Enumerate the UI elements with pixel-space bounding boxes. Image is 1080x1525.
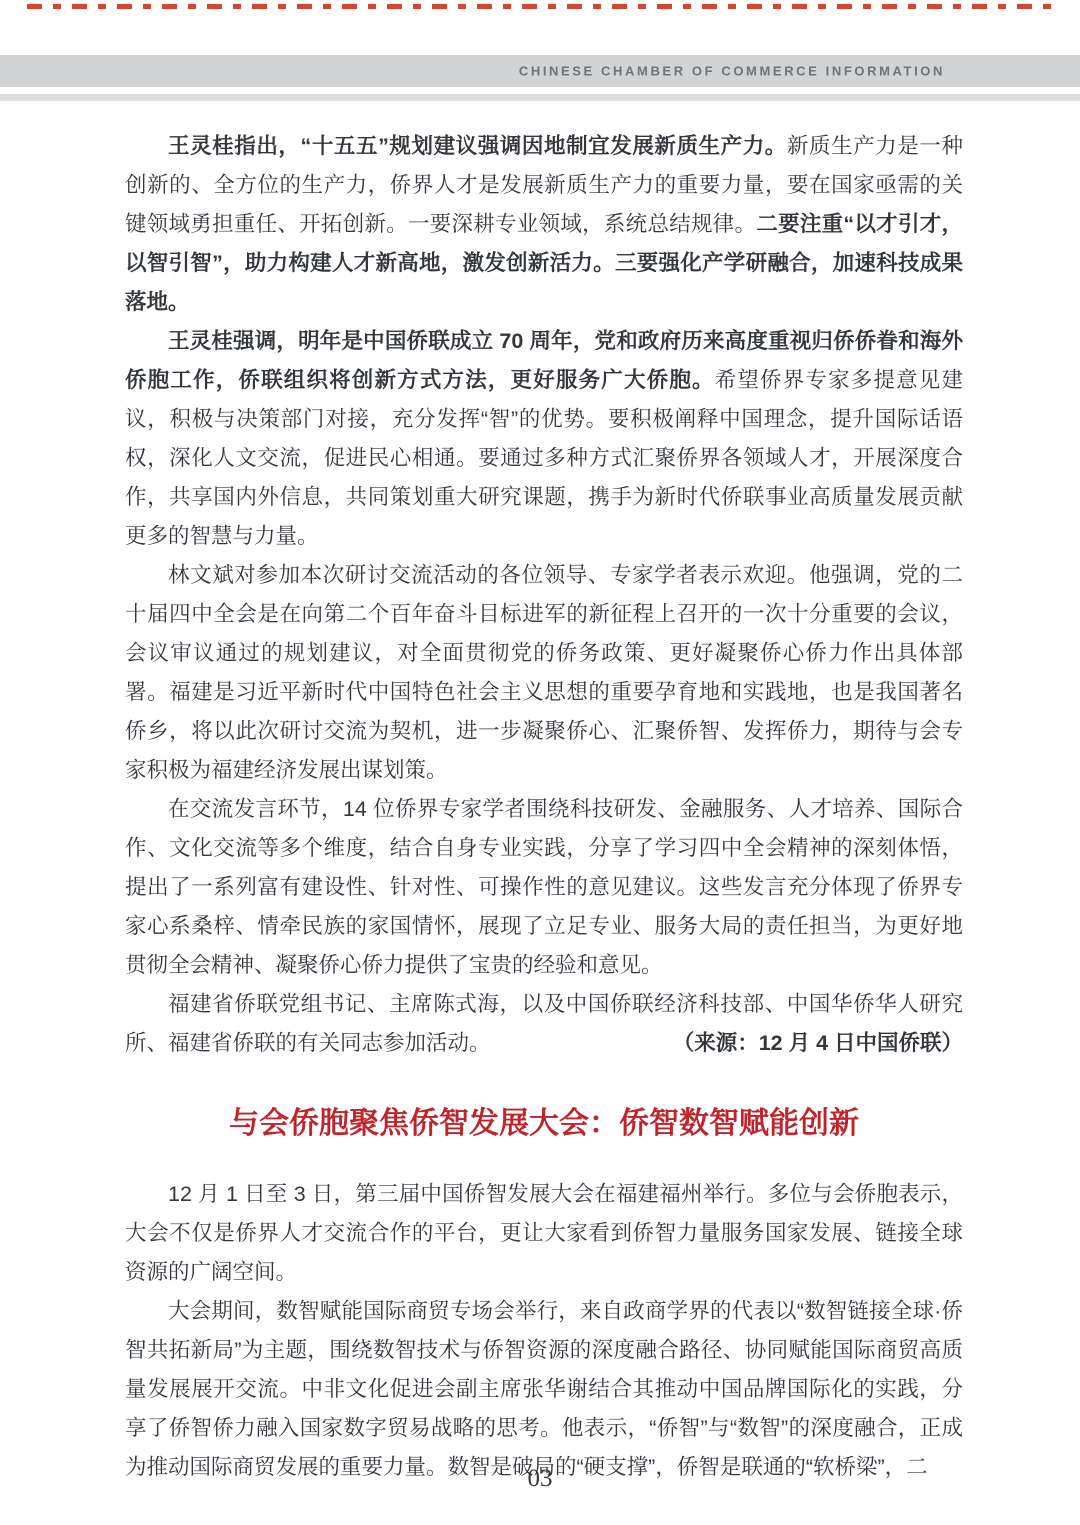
top-red-dashes-decoration bbox=[27, 4, 1053, 9]
page-number: 03 bbox=[0, 1465, 1080, 1493]
article-content: 王灵桂指出，“十五五”规划建议强调因地制宜发展新质生产力。新质生产力是一种创新的… bbox=[125, 127, 963, 1487]
text-run: 12 月 1 日至 3 日，第三届中国侨智发展大会在福建福州举行。多位与会侨胞表… bbox=[125, 1182, 963, 1284]
text-run: 林文斌对参加本次研讨交流活动的各位领导、专家学者表示欢迎。他强调，党的二十届四中… bbox=[125, 563, 963, 782]
paragraph: 王灵桂指出，“十五五”规划建议强调因地制宜发展新质生产力。新质生产力是一种创新的… bbox=[125, 127, 963, 322]
paragraph: 大会期间，数智赋能国际商贸专场会举行，来自政商学界的代表以“数智链接全球·侨智共… bbox=[125, 1292, 963, 1487]
text-run: 在交流发言环节，14 位侨界专家学者围绕科技研发、金融服务、人才培养、国际合作、… bbox=[125, 797, 963, 977]
bold-text-run: 王灵桂指出，“十五五”规划建议强调因地制宜发展新质生产力。 bbox=[168, 134, 787, 158]
document-page: CHINESE CHAMBER OF COMMERCE INFORMATION … bbox=[0, 0, 1080, 1525]
article-1-body: 王灵桂指出，“十五五”规划建议强调因地制宜发展新质生产力。新质生产力是一种创新的… bbox=[125, 127, 963, 1063]
source-attribution: （来源：12 月 4 日中国侨联） bbox=[673, 1024, 963, 1063]
paragraph: 在交流发言环节，14 位侨界专家学者围绕科技研发、金融服务、人才培养、国际合作、… bbox=[125, 790, 963, 985]
header-banner-sub-bar bbox=[0, 94, 1080, 101]
paragraph: 12 月 1 日至 3 日，第三届中国侨智发展大会在福建福州举行。多位与会侨胞表… bbox=[125, 1175, 963, 1292]
paragraph: 王灵桂强调，明年是中国侨联成立 70 周年，党和政府历来高度重视归侨侨眷和海外侨… bbox=[125, 322, 963, 556]
text-run: 大会期间，数智赋能国际商贸专场会举行，来自政商学界的代表以“数智链接全球·侨智共… bbox=[125, 1299, 963, 1479]
header-banner: CHINESE CHAMBER OF COMMERCE INFORMATION bbox=[0, 55, 1080, 87]
article-2-body: 12 月 1 日至 3 日，第三届中国侨智发展大会在福建福州举行。多位与会侨胞表… bbox=[125, 1175, 963, 1487]
text-run: 希望侨界专家多提意见建议，积极与决策部门对接，充分发挥“智”的优势。要积极阐释中… bbox=[125, 368, 963, 548]
article-2-heading: 与会侨胞聚焦侨智发展大会：侨智数智赋能创新 bbox=[125, 1103, 963, 1145]
header-banner-title: CHINESE CHAMBER OF COMMERCE INFORMATION bbox=[519, 64, 945, 79]
paragraph: 福建省侨联党组书记、主席陈式海，以及中国侨联经济科技部、中国华侨华人研究所、福建… bbox=[125, 985, 963, 1063]
paragraph: 林文斌对参加本次研讨交流活动的各位领导、专家学者表示欢迎。他强调，党的二十届四中… bbox=[125, 556, 963, 790]
